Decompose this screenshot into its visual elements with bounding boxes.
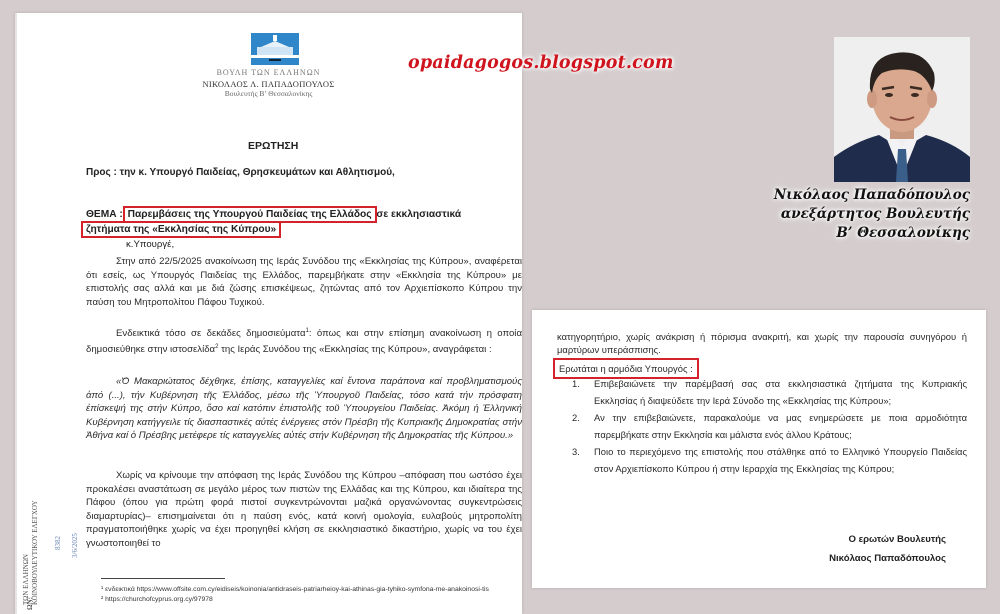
subject-label: ΘΕΜΑ : [86,209,123,220]
question-text: Ποιο το περιεχόμενο της επιστολής που στ… [594,446,967,474]
salutation: κ.Υπουργέ, [126,239,174,250]
question-item: 3.Ποιο το περιεχόμενο της επιστολής που … [557,444,967,477]
subject-rest: σε εκκλησιαστικά [374,209,462,220]
stamp-date: 3/6/2025 [71,533,79,558]
question-item: 1.Επιβεβαιώνετε την παρέμβασή σας στα εκ… [557,376,967,409]
signature-title: Ο ερωτών Βουλευτής [848,534,946,545]
recipient-line: Προς : την κ. Υπουργό Παιδείας, Θρησκευμ… [86,167,395,178]
paragraph-1: Στην από 22/5/2025 ανακοίνωση της Ιεράς … [86,255,522,309]
mp-name-letterhead: ΝΙΚΟΛΑΟΣ Λ. ΠΑΠΑΔΟΠΟΥΛΟΣ [15,79,522,89]
subject-highlight-2: ζητήματα της «Εκκλησίας της Κύπρου» [84,224,278,235]
document-title: ΕΡΩΤΗΣΗ [248,140,298,152]
subject-highlight-1: Παρεμβάσεις της Υπουργού Παιδείας της Ελ… [126,209,374,220]
mp-caption: Νικόλαος Παπαδόπουλος ανεξάρτητος Βουλευ… [774,186,970,243]
footnote-divider [101,578,225,579]
caption-constituency: Β’ Θεσσαλονίκης [774,224,970,243]
footnote-1: ¹ ενδεικτικά https://www.offsite.com.cy/… [101,585,501,595]
portrait-icon [834,37,970,182]
paragraph-2: Ενδεικτικά τόσο σε δεκάδες δημοσιεύματα1… [86,325,522,357]
question-number: 3. [572,444,580,461]
quote-block: «Ὁ Μακαριώτατος δέχθηκε, ἐπίσης, καταγγε… [86,375,522,443]
footnote-2: ² https://churchofcyprus.org.cy/97978 [101,595,501,605]
question-intro: Ερωτάται η αρμόδια Υπουργός : [557,362,695,375]
signature-name: Νικόλαος Παπαδόπουλος [829,553,946,564]
mp-portrait-photo [834,37,970,182]
stamp-label: ΩΝ: [26,597,34,610]
question-item: 2.Αν την επιβεβαιώνετε, παρακαλούμε να μ… [557,410,967,443]
document-page-2: κατηγορητήριο, χωρίς ανάκριση ή πόρισμα … [532,310,986,588]
paragraph-1-text: Στην από 22/5/2025 ανακοίνωση της Ιεράς … [86,255,522,309]
question-text: Αν την επιβεβαιώνετε, παρακαλούμε να μας… [594,412,967,440]
mp-region-letterhead: Βουλευτής Β’ Θεσσαλονίκης [15,89,522,98]
blog-watermark: opaidagogos.blogspot.com [408,53,674,73]
paragraph-2-part-a: Ενδεικτικά τόσο σε δεκάδες δημοσιεύματα [116,328,306,339]
quote-text: «Ὁ Μακαριώτατος δέχθηκε, ἐπίσης, καταγγε… [86,375,522,443]
parliament-logo-icon [251,33,299,65]
continuation-text: κατηγορητήριο, χωρίς ανάκριση ή πόρισμα … [557,330,967,356]
questions-list: 1.Επιβεβαιώνετε την παρέμβασή σας στα εκ… [557,376,967,478]
caption-role: ανεξάρτητος Βουλευτής [774,205,970,224]
caption-name: Νικόλαος Παπαδόπουλος [774,186,970,205]
paragraph-3: Χωρίς να κρίνουμε την απόφαση της Ιεράς … [86,469,522,551]
question-number: 2. [572,410,580,427]
stamp-line-2: ΚΟΙΝΟΒΟΥΛΕΥΤΙΚΟΥ ΕΛΕΓΧΟΥ [31,500,39,605]
paragraph-2-part-c: της Ιεράς Συνόδου της «Εκκλησίας της Κύπ… [218,344,491,355]
question-number: 1. [572,376,580,393]
question-text: Επιβεβαιώνετε την παρέμβασή σας στα εκκλ… [594,378,967,406]
subject-block: ΘΕΜΑ : Παρεμβάσεις της Υπουργού Παιδείας… [86,207,522,237]
footnotes: ¹ ενδεικτικά https://www.offsite.com.cy/… [101,585,501,605]
registration-stamp: ΤΩΝ ΕΛΛΗΝΩΝ ΚΟΙΝΟΒΟΥΛΕΥΤΙΚΟΥ ΕΛΕΓΧΟΥ 838… [22,500,112,610]
paragraph-3-text: Χωρίς να κρίνουμε την απόφαση της Ιεράς … [86,469,522,551]
stamp-number: 8382 [54,536,62,550]
